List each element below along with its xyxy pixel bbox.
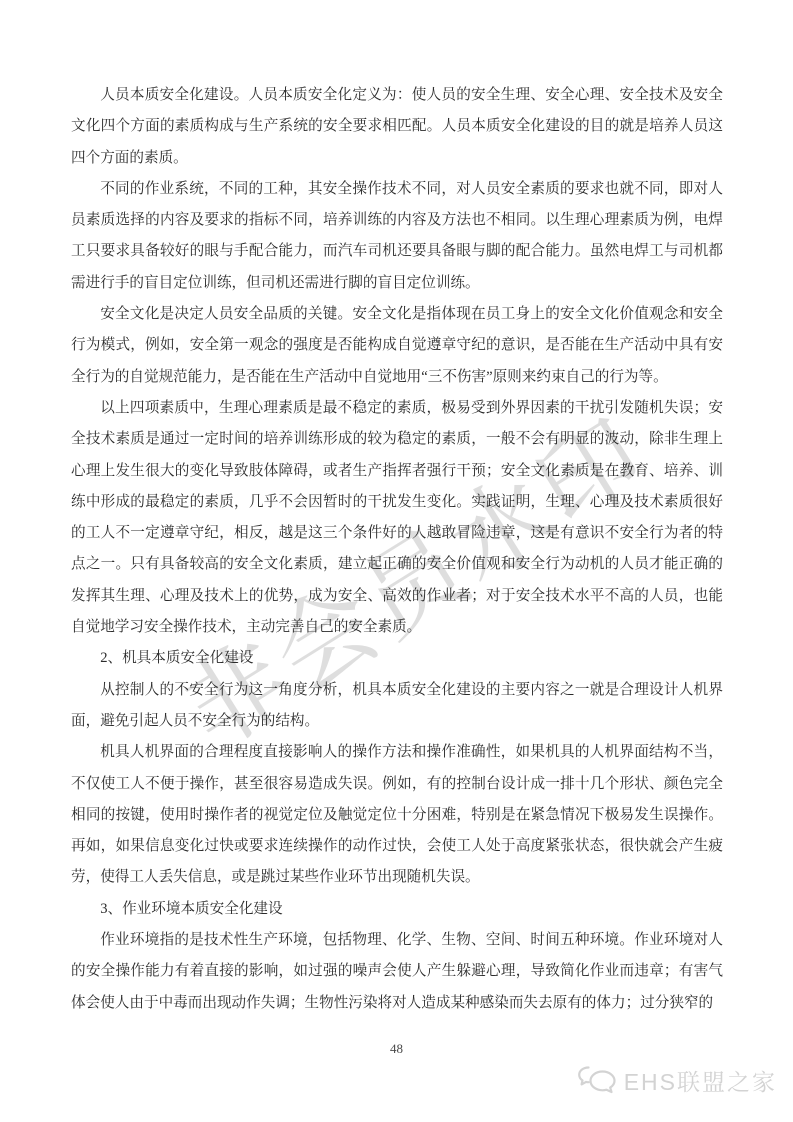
brand-name: EHS联盟之家 xyxy=(624,1064,777,1097)
brand-watermark: EHS联盟之家 xyxy=(577,1064,777,1097)
paragraph: 从控制人的不安全行为这一角度分析，机具本质安全化建设的主要内容之一就是合理设计人… xyxy=(71,675,723,738)
paragraph: 不同的作业系统，不同的工种，其安全操作技术不同，对人员安全素质的要求也就不同，即… xyxy=(71,174,723,299)
document-page: 非会员水印 人员本质安全化建设。人员本质安全化定义为：使人员的安全生理、安全心理… xyxy=(0,0,793,1122)
page-body: 人员本质安全化建设。人员本质安全化定义为：使人员的安全生理、安全心理、安全技术及… xyxy=(71,80,723,1019)
paragraph: 作业环境指的是技术性生产环境，包括物理、化学、生物、空间、时间五种环境。作业环境… xyxy=(71,925,723,1019)
page-number: 48 xyxy=(0,1041,793,1057)
section-heading: 2、机具本质安全化建设 xyxy=(71,643,723,674)
paragraph: 安全文化是决定人员安全品质的关键。安全文化是指体现在员工身上的安全文化价值观念和… xyxy=(71,299,723,393)
chat-bubbles-icon xyxy=(577,1065,617,1096)
paragraph: 以上四项素质中，生理心理素质是最不稳定的素质，极易受到外界因素的干扰引发随机失误… xyxy=(71,393,723,643)
section-heading: 3、作业环境本质安全化建设 xyxy=(71,894,723,925)
paragraph: 人员本质安全化建设。人员本质安全化定义为：使人员的安全生理、安全心理、安全技术及… xyxy=(71,80,723,174)
paragraph: 机具人机界面的合理程度直接影响人的操作方法和操作准确性，如果机具的人机界面结构不… xyxy=(71,737,723,893)
